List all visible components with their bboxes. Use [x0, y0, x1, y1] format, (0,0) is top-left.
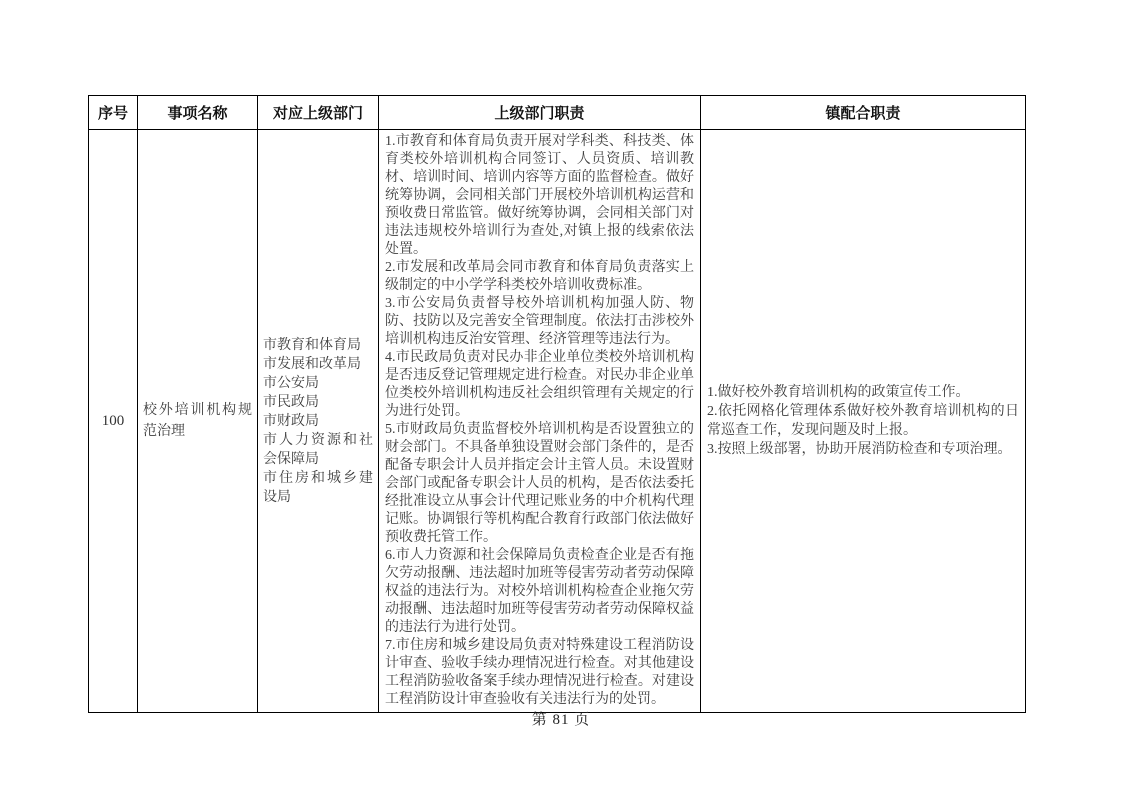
- department-item: 市发展和改革局: [263, 355, 373, 374]
- col-header-superior-duties: 上级部门职责: [379, 96, 701, 130]
- superior-duty-item: 1.市教育和体育局负责开展对学科类、科技类、体育类校外培训机构合同签订、人员资质…: [385, 133, 694, 259]
- department-item: 市民政局: [263, 393, 373, 412]
- table-row: 100 校外培训机构规范治理 市教育和体育局 市发展和改革局 市公安局 市民政局…: [89, 130, 1026, 713]
- col-header-number: 序号: [89, 96, 138, 130]
- cell-item-name: 校外培训机构规范治理: [138, 130, 258, 713]
- town-duty-item: 1.做好校外教育培训机构的政策宣传工作。: [707, 383, 1019, 402]
- superior-duty-item: 6.市人力资源和社会保障局负责检查企业是否有拖欠劳动报酬、违法超时加班等侵害劳动…: [385, 547, 694, 637]
- header-row: 序号 事项名称 对应上级部门 上级部门职责 镇配合职责: [89, 96, 1026, 130]
- town-duty-item: 3.按照上级部署，协助开展消防检查和专项治理。: [707, 440, 1019, 459]
- department-item: 市财政局: [263, 412, 373, 431]
- department-item: 市住房和城乡建设局: [263, 469, 373, 507]
- department-item: 市教育和体育局: [263, 336, 373, 355]
- superior-duty-item: 4.市民政局负责对民办非企业单位类校外培训机构是否违反登记管理规定进行检查。对民…: [385, 349, 694, 421]
- duties-table: 序号 事项名称 对应上级部门 上级部门职责 镇配合职责 100 校外培训机构规范…: [88, 95, 1026, 713]
- cell-town-duties: 1.做好校外教育培训机构的政策宣传工作。 2.依托网格化管理体系做好校外教育培训…: [701, 130, 1026, 713]
- superior-duty-item: 7.市住房和城乡建设局负责对特殊建设工程消防设计审查、验收手续办理情况进行检查。…: [385, 637, 694, 709]
- cell-superior-duties: 1.市教育和体育局负责开展对学科类、科技类、体育类校外培训机构合同签订、人员资质…: [379, 130, 701, 713]
- superior-duty-item: 5.市财政局负责监督校外培训机构是否设置独立的财会部门。不具备单独设置财会部门条…: [385, 421, 694, 547]
- superior-duty-item: 2.市发展和改革局会同市教育和体育局负责落实上级制定的中小学学科类校外培训收费标…: [385, 259, 694, 295]
- page-number: 第 81 页: [0, 708, 1122, 729]
- superior-duty-item: 3.市公安局负责督导校外培训机构加强人防、物防、技防以及完善安全管理制度。依法打…: [385, 295, 694, 349]
- cell-number: 100: [89, 130, 138, 713]
- document-page: 序号 事项名称 对应上级部门 上级部门职责 镇配合职责 100 校外培训机构规范…: [0, 0, 1122, 793]
- department-item: 市人力资源和社会保障局: [263, 431, 373, 469]
- col-header-item-name: 事项名称: [138, 96, 258, 130]
- col-header-town-duties: 镇配合职责: [701, 96, 1026, 130]
- town-duty-item: 2.依托网格化管理体系做好校外教育培训机构的日常巡查工作，发现问题及时上报。: [707, 402, 1019, 440]
- department-item: 市公安局: [263, 374, 373, 393]
- cell-departments: 市教育和体育局 市发展和改革局 市公安局 市民政局 市财政局 市人力资源和社会保…: [258, 130, 379, 713]
- col-header-superior-departments: 对应上级部门: [258, 96, 379, 130]
